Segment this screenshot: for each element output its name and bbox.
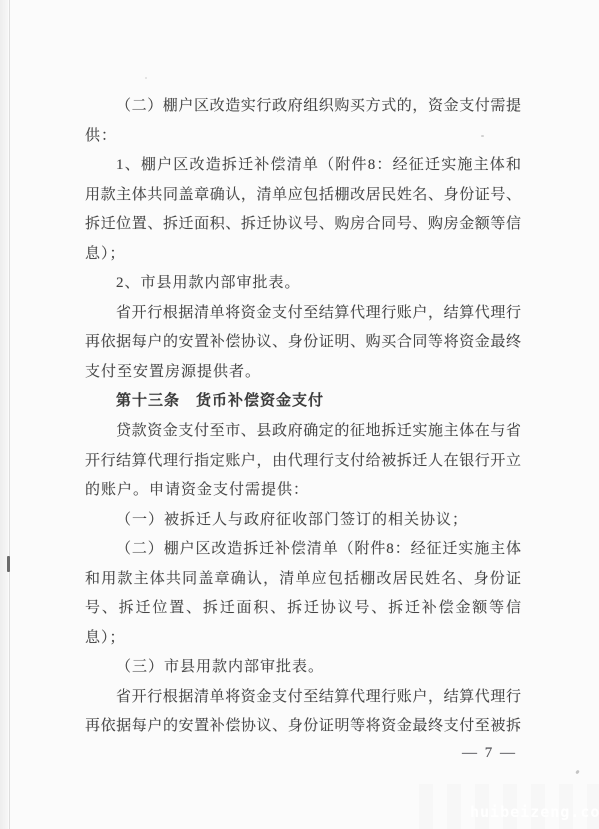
- document-line: （二）棚户区改造实行政府组织购买方式的，资金支付需提: [85, 92, 521, 122]
- text-block: （二）棚户区改造实行政府组织购买方式的，资金支付需提 供： 1、棚户区改造拆迁补…: [85, 92, 521, 742]
- document-line: 省开行根据清单将资金支付至结算代理行账户，结算代理行: [85, 299, 521, 329]
- document-line: 息）；: [85, 624, 521, 654]
- document-line: 供：: [85, 122, 521, 152]
- document-line: 2、市县用款内部审批表。: [85, 269, 521, 299]
- document-line: （二）棚户区改造拆迁补偿清单（附件8：经征迁实施主体: [85, 535, 521, 565]
- page-number: — 7 —: [462, 742, 517, 764]
- document-line: 省开行根据清单将资金支付至结算代理行账户，结算代理行: [85, 683, 521, 713]
- document-line: （三）市县用款内部审批表。: [85, 653, 521, 683]
- document-line: 的账户。申请资金支付需提供：: [85, 476, 521, 506]
- document-line: 息）；: [85, 240, 521, 270]
- watermark: huibeizeng.com: [470, 803, 599, 821]
- section-heading: 第十三条 货币补偿资金支付: [85, 387, 521, 417]
- document-line: 再依据每户的安置补偿协议、身份证明、购买合同等将资金最终: [85, 328, 521, 358]
- scan-edge-line: [9, 0, 10, 829]
- scan-speck: [575, 770, 580, 775]
- document-line: （一）被拆迁人与政府征收部门签订的相关协议；: [85, 506, 521, 536]
- document-line: 再依据每户的安置补偿协议、身份证明等将资金最终支付至被拆: [85, 712, 521, 742]
- document-line: 拆迁位置、拆迁面积、拆迁协议号、购房合同号、购房金额等信: [85, 210, 521, 240]
- document-line: 和用款主体共同盖章确认，清单应包括棚改居民姓名、身份证: [85, 565, 521, 595]
- document-line: 支付至安置房源提供者。: [85, 358, 521, 388]
- document-line: 开行结算代理行指定账户，由代理行支付给被拆迁人在银行开立: [85, 447, 521, 477]
- document-line: 1、棚户区改造拆迁补偿清单（附件8：经征迁实施主体和: [85, 151, 521, 181]
- document-line: 用款主体共同盖章确认，清单应包括棚改居民姓名、身份证号、: [85, 181, 521, 211]
- document-line: 贷款资金支付至市、县政府确定的征地拆迁实施主体在与省: [85, 417, 521, 447]
- scan-speck: [145, 77, 147, 79]
- scanned-document-page: （二）棚户区改造实行政府组织购买方式的，资金支付需提 供： 1、棚户区改造拆迁补…: [0, 0, 599, 829]
- document-line: 号、拆迁位置、拆迁面积、拆迁协议号、拆迁补偿金额等信: [85, 594, 521, 624]
- scan-edge-mark: [7, 556, 10, 572]
- scan-edge-shadow: [0, 0, 8, 829]
